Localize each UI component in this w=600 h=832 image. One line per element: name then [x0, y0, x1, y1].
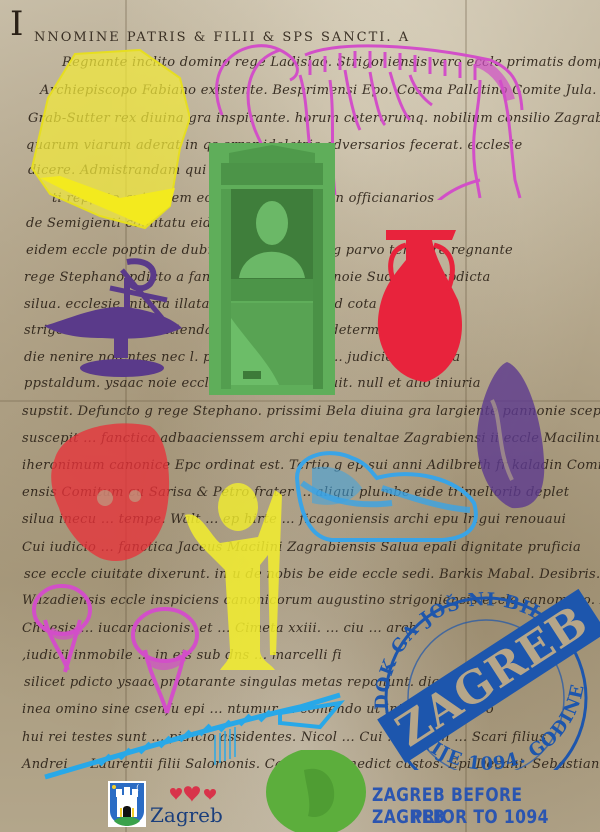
yellow-stone-fragment-icon — [30, 48, 190, 238]
oil-lamp-chi-rho-icon — [42, 258, 192, 378]
fibula-icon — [30, 580, 100, 690]
logo-text: Zagreb — [150, 803, 223, 827]
skull-icon — [292, 448, 482, 543]
zagreb-coat-of-arms-icon — [108, 781, 146, 827]
roman-tombstone-icon — [209, 143, 335, 395]
licitar-hearts-icon — [168, 785, 220, 803]
relief-fragment-icon — [472, 360, 547, 510]
head-sculpture-icon — [45, 418, 175, 568]
poster-subtitle: PRIOR TO 1094 — [411, 806, 549, 828]
amphora-icon — [376, 220, 471, 385]
manuscript-initial: I — [10, 4, 23, 44]
poster: I NNOMINE PATRIS & FILII & SPS SANCTI. A… — [0, 0, 600, 832]
coin-icon — [264, 750, 368, 832]
